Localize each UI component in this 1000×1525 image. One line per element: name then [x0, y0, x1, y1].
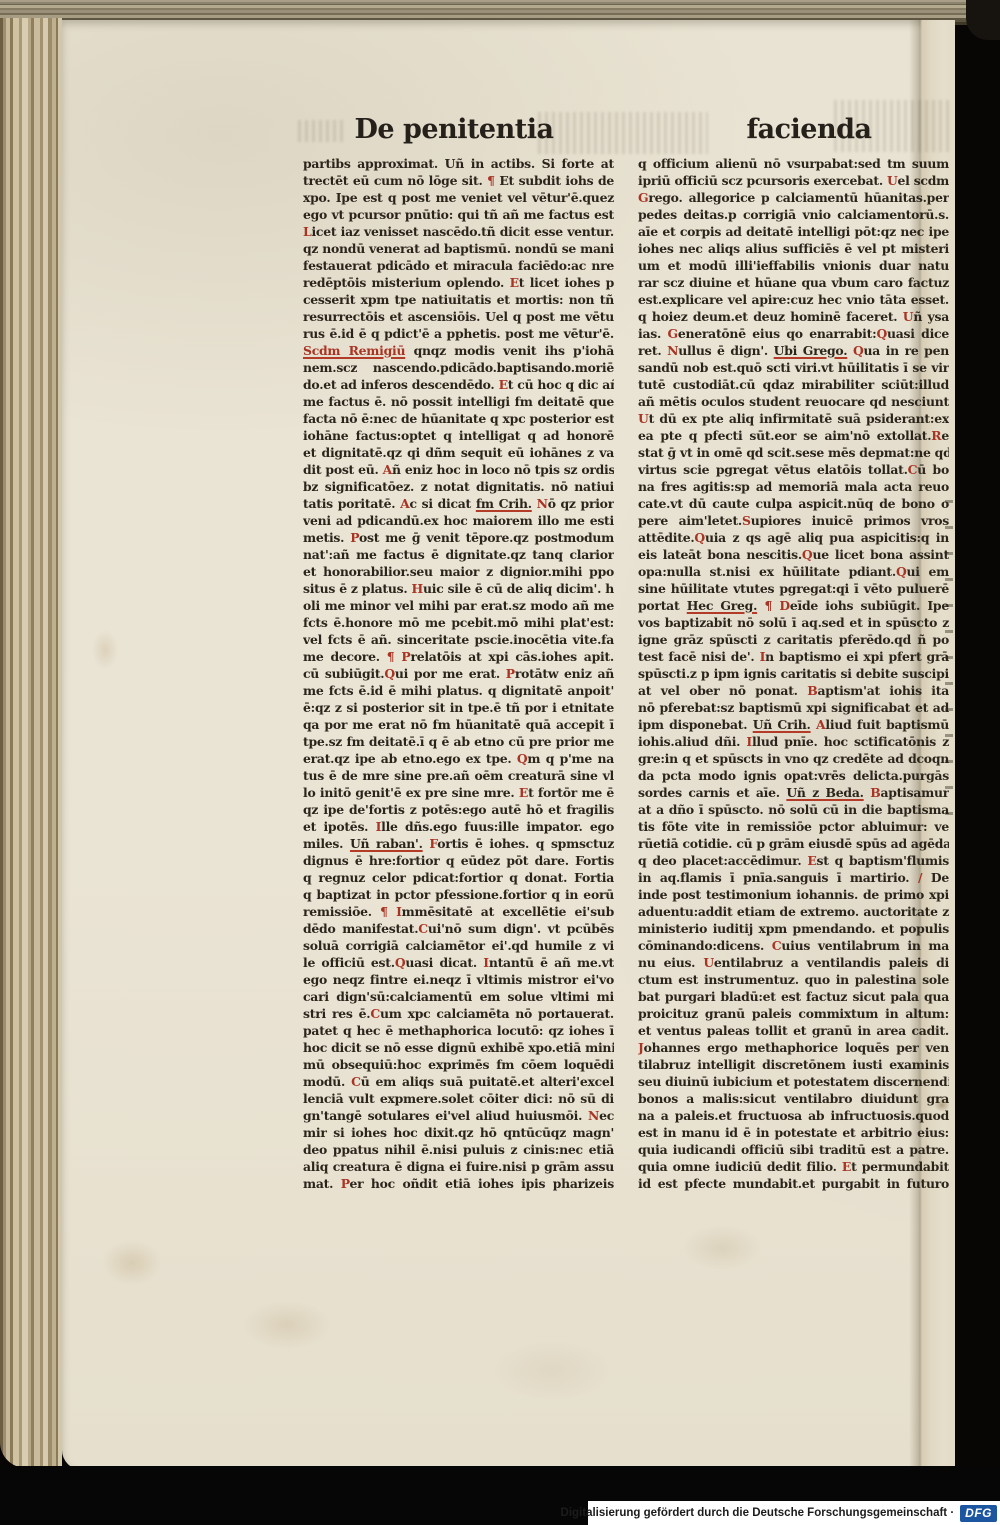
- text-line: et ventus paleas tollit et granū in area…: [638, 1022, 949, 1039]
- text-line: aīe et corpis ad deitatē intelligi pōt:q…: [638, 223, 949, 240]
- text-line: da pcta modo ignis opat:vrēs delicta.pur…: [638, 767, 949, 784]
- text-line: patet q hec ē methaphorica locutō: qz io…: [303, 1022, 614, 1039]
- text-line: gn'tangē sotulares ei'vel aliud huiusmōi…: [303, 1107, 614, 1124]
- text-line: partibs approximat. Uñ in actibs. Si for…: [303, 155, 614, 172]
- text-line: q officium alienū nō vsurpabat:sed tm su…: [638, 155, 949, 172]
- text-line: sandū nob est.quō scti viri.vt hūilitati…: [638, 359, 949, 376]
- text-line: eis lateāt bona nescitis.Que licet bona …: [638, 546, 949, 563]
- text-line: remissiōe. ¶ Immēsitatē at excellētie ei…: [303, 903, 614, 920]
- paper-stain: [492, 1340, 612, 1400]
- text-line: na a paleis.et fructuosa ab infructuosis…: [638, 1107, 949, 1124]
- text-line: pedes deitas.p corrigiā vnio calciamento…: [638, 206, 949, 223]
- text-line: q hoiez deum.et deuz hominē faceret. Uñ …: [638, 308, 949, 325]
- text-line: iohāne factus:optet q intelligat q ad ho…: [303, 427, 614, 444]
- text-line: et dignitatē.qz qi dñm sequit eū iohānes…: [303, 444, 614, 461]
- text-line: tis fōte vite in remissiōe pctor abluimu…: [638, 818, 949, 835]
- text-line: facta nō ē:nec de hūanitate q xpc poster…: [303, 410, 614, 427]
- text-line: rus ē.id ē q pdict'ē a pphetis. post me …: [303, 325, 614, 342]
- text-line: nat':añ me factus ē dignitate.qz tanq cl…: [303, 546, 614, 563]
- text-line: aduentu:addit etiam de extremo. auctorit…: [638, 903, 949, 920]
- text-line: añ mētis oculos student reuocare qd nesc…: [638, 393, 949, 410]
- text-line: xpo. Ipe est q post me veniet vel vētur'…: [303, 189, 614, 206]
- text-line: iohis.aliud dñi. Illud pnīe. hoc sctific…: [638, 733, 949, 750]
- text-line: miles. Uñ raban'. Fortis ē iohes. q spms…: [303, 835, 614, 852]
- text-line: me fcts ē.id ē mihi platus. q dignitatē …: [303, 682, 614, 699]
- screenshot-root: { "header": { "left": "De penitentia", "…: [0, 0, 1000, 1525]
- text-line: bonos a malis:sicut ventilabro diuidunt …: [638, 1090, 949, 1107]
- digitisation-credit: Digitalisierung gefördert durch die Deut…: [588, 1501, 1000, 1525]
- text-line: vos baptizabit nō solū ī aq.sed et in sp…: [638, 614, 949, 631]
- text-line: id est pfecte mundabit.et purgabit in fu…: [638, 1175, 949, 1192]
- running-header-left: De penitentia: [314, 114, 594, 148]
- text-line: me factus ē. nō possit intelligi fm deit…: [303, 393, 614, 410]
- text-line: tatis poritatē. Ac si dicat fm Crih. Nō …: [303, 495, 614, 512]
- text-line: dit post eū. Añ eniz hoc in loco nō tpis…: [303, 461, 614, 478]
- text-line: gre:in q et spūscts in vno qz credēte ad…: [638, 750, 949, 767]
- text-line: et honorabilior.seu maior z dignior.mihi…: [303, 563, 614, 580]
- text-line: attēdite.Quia z qs agē aliq pua aspiciti…: [638, 529, 949, 546]
- paper-stain: [242, 1300, 332, 1350]
- text-line: qz ipe de'fortis z potēs:ego autē hō et …: [303, 801, 614, 818]
- text-line: dignus ē hre:fortior q eūdez pōt dare. F…: [303, 852, 614, 869]
- text-line: test facē nisi de'. In baptismo ei xpi p…: [638, 648, 949, 665]
- text-line: fcts ē.honore mō me pcebit.mō mihi plat'…: [303, 614, 614, 631]
- text-line: situs ē z platus. Huic sile ē cū de aliq…: [303, 580, 614, 597]
- text-line: pere aim'letet.Supiores inuicē primos vr…: [638, 512, 949, 529]
- text-line: q baptizat in pctor pfessione.fortior q …: [303, 886, 614, 903]
- text-line: aliq creatura ē digna ei fuire.nisi p gr…: [303, 1158, 614, 1175]
- paper-stain: [102, 1240, 162, 1286]
- text-line: oli me minor vel mihi par erat.sz modo a…: [303, 597, 614, 614]
- text-line: ea pte q pfecti sūt.eor se aim'nō extoll…: [638, 427, 949, 444]
- text-line: tilabruz intelligit discretōnem iusti ex…: [638, 1056, 949, 1073]
- text-line: iohes nec aliqs alius sufficiēs ē vel pt…: [638, 240, 949, 257]
- text-line: ministerio iuditij xpm pmendando. et pop…: [638, 920, 949, 937]
- text-line: q regnuz celor pdicat:fortior q donat. F…: [303, 869, 614, 886]
- text-line: nō pferebat:sz baptismū xpi significabat…: [638, 699, 949, 716]
- running-header-right: facienda: [724, 114, 894, 148]
- text-line: opa:nulla st.nisi ex hūilitate pdiant.Qu…: [638, 563, 949, 580]
- text-line: tutē custodiāt.cū qdaz mirabiliter sciūt…: [638, 376, 949, 393]
- text-line: quia iudicandi officiū sibi traditū est …: [638, 1141, 949, 1158]
- text-line: stri res ē.Cum xpc calciamēta nō portaue…: [303, 1005, 614, 1022]
- text-line: erat.qz ipe ab etno.ego ex tpe. Qm q p'm…: [303, 750, 614, 767]
- text-line: me decore. ¶ Prelatōis at xpi cās.iohes …: [303, 648, 614, 665]
- text-line: mir si iohes hoc dixit.qz hō qntūcūqz ma…: [303, 1124, 614, 1141]
- text-line: ipm disponebat. Uñ Crih. Aliud fuit bapt…: [638, 716, 949, 733]
- paper-stain: [92, 630, 118, 670]
- text-line: hoc dicit se nō esse dignū exhibē xpo.et…: [303, 1039, 614, 1056]
- text-line: um et modū illi'ieffabilis vnionis duar …: [638, 257, 949, 274]
- text-line: modū. Cū em aliqs suā puitatē.et alteri'…: [303, 1073, 614, 1090]
- text-line: sordes carnis et aīe. Uñ z Beda. Baptisa…: [638, 784, 949, 801]
- text-line: qa por me erat nō fm hūanitatē quā accep…: [303, 716, 614, 733]
- text-line: ctum est instrumentuz. quo in palestina …: [638, 971, 949, 988]
- text-line: festauerat pdicādo et miracula faciēdo:a…: [303, 257, 614, 274]
- text-line: cari dign'sū:calciamentū em solue vltimi…: [303, 988, 614, 1005]
- text-line: tpe.sz fm deitatē.ī q ē ab etno cū pre p…: [303, 733, 614, 750]
- text-line: deo ppatus nihil ē.nisi puluis z cinis:n…: [303, 1141, 614, 1158]
- text-line: q deo placet:accēdimur. Est q baptism'fl…: [638, 852, 949, 869]
- dfg-logo: DFG: [960, 1505, 997, 1522]
- text-line: qz nondū venerat ad baptismū. nondū se m…: [303, 240, 614, 257]
- text-line: ret. Nullus ē dign'. Ubi Grego. Qua in r…: [638, 342, 949, 359]
- binding-corner: [966, 0, 1000, 40]
- text-line: Scdm Remigiū qnqz modis venit ihs p'iohā: [303, 342, 614, 359]
- book-page: De penitentia facienda partibs approxima…: [62, 20, 955, 1470]
- text-line: cate.vt dū caute culpa aspicit.nūq de bo…: [638, 495, 949, 512]
- text-line: veni ad pdicandū.ex hoc maiorem illo me …: [303, 512, 614, 529]
- text-line: ego vt pcursor pnūtio: qui tñ añ me fact…: [303, 206, 614, 223]
- text-line: tus ē de mre sine pre.añ oēm creaturā si…: [303, 767, 614, 784]
- text-line: nu eius. Uentilabruz a ventilandis palei…: [638, 954, 949, 971]
- text-line: lenciā vult expmere.solet cōiter dici: n…: [303, 1090, 614, 1107]
- text-column-left: partibs approximat. Uñ in actibs. Si for…: [303, 155, 614, 1195]
- text-line: na fres agitis:sp ad memoriā mala acta r…: [638, 478, 949, 495]
- text-line: dēdo manifestat.Cui'nō sum dign'. vt pcū…: [303, 920, 614, 937]
- text-line: cū subiūgit.Qui por me erat. Protātw eni…: [303, 665, 614, 682]
- text-line: at vel ober nō ponat. Baptism'at iohis i…: [638, 682, 949, 699]
- text-line: in aq.flamis ī pnīa.sanguis ī martirio. …: [638, 869, 949, 886]
- text-line: redēptōis misterium oplendo. Et licet io…: [303, 274, 614, 291]
- text-line: mat. Per hoc oñdit etiā iohes ipis phari…: [303, 1175, 614, 1192]
- paper-stain: [682, 1225, 762, 1271]
- text-line: bat purgari bladū:et est factuz sicut pa…: [638, 988, 949, 1005]
- text-line: cesserit xpm tpe natiuitatis et mortis: …: [303, 291, 614, 308]
- text-line: vel fcts ē añ. sinceritate pscie.inocēti…: [303, 631, 614, 648]
- text-line: est in manu id ē in potestate et arbitri…: [638, 1124, 949, 1141]
- text-line: cōminando:dicens. Cuius ventilabrum in m…: [638, 937, 949, 954]
- text-line: virtus scie pgregat vētus elatōis tollat…: [638, 461, 949, 478]
- credit-text: Digitalisierung gefördert durch die Deut…: [561, 1507, 955, 1519]
- text-line: Johannes ergo methaphorice loquēs per ve…: [638, 1039, 949, 1056]
- text-line: resurrectōis et ascensiōis. Uel q post m…: [303, 308, 614, 325]
- text-line: ipriū officiū scz pcursoris exercebat. U…: [638, 172, 949, 189]
- text-line: spūscti.z p ipm ignis caritatis si debit…: [638, 665, 949, 682]
- text-line: quia omne iudiciū dedit filio. Et permun…: [638, 1158, 949, 1175]
- text-line: Ut dū ex pte aliq infirmitatē suā psider…: [638, 410, 949, 427]
- text-line: Licet iaz venisset nascēdo.tñ dicit esse…: [303, 223, 614, 240]
- text-line: sine hūilitate vtutes pgregat:qi ī vēto …: [638, 580, 949, 597]
- text-line: rūetiā cotidie. cū p grām eiusdē spūs ad…: [638, 835, 949, 852]
- text-line: mū obsequiū:hoc exprimēs fm cōem loquēdi: [303, 1056, 614, 1073]
- text-line: portat Hec Greg. ¶ Deīde iohs subiūgit. …: [638, 597, 949, 614]
- text-line: ias. Generatōnē eius qo enarrabit:Quasi …: [638, 325, 949, 342]
- text-line: lo initō genit'ē ex pre sine mre. Et for…: [303, 784, 614, 801]
- text-line: metis. Post me ḡ venit tēpore.qz postmod…: [303, 529, 614, 546]
- text-line: do.et ad inferos descendēdo. Et cū hoc q…: [303, 376, 614, 393]
- text-line: inde post testimonium iohannis. de primo…: [638, 886, 949, 903]
- text-line: le officiū est.Quasi dicat. Intantū ē añ…: [303, 954, 614, 971]
- text-line: trectēt eū cum nō lōge sit. ¶ Et subdit …: [303, 172, 614, 189]
- text-line: rar scz diuine et hūane qua vbum caro fa…: [638, 274, 949, 291]
- text-line: nem.scz nascendo.pdicādo.baptisando.mori…: [303, 359, 614, 376]
- text-line: ego neqz fintre ei.neqz ī vltimis mistro…: [303, 971, 614, 988]
- text-line: seu diuinū iubicium et potestatem discer…: [638, 1073, 949, 1090]
- text-line: igne grāz spūscti z caritatis pferēdo.qd…: [638, 631, 949, 648]
- text-line: proicituz granū paleis commixtum in altu…: [638, 1005, 949, 1022]
- text-line: bz significatōez. z notat dignitatis. nō…: [303, 478, 614, 495]
- text-line: Grego. allegorice p calciamentū hūanitas…: [638, 189, 949, 206]
- page-edges-left: [0, 18, 62, 1468]
- text-line: at a dño ī spūscto. nō solū cū in die ba…: [638, 801, 949, 818]
- text-line: est.explicare vel apire:cuz hec vnio tāt…: [638, 291, 949, 308]
- text-line: stat ḡ vt in omē qd scit.sese mēs depmat…: [638, 444, 949, 461]
- text-column-right: q officium alienū nō vsurpabat:sed tm su…: [638, 155, 949, 1195]
- text-line: et ipotēs. Ille dñs.ego fuus:ille impato…: [303, 818, 614, 835]
- text-line: soluā corrigiā calciamētor ei'.qd humile…: [303, 937, 614, 954]
- text-line: ē:qz z si posterior sit in tpe.ē tñ por …: [303, 699, 614, 716]
